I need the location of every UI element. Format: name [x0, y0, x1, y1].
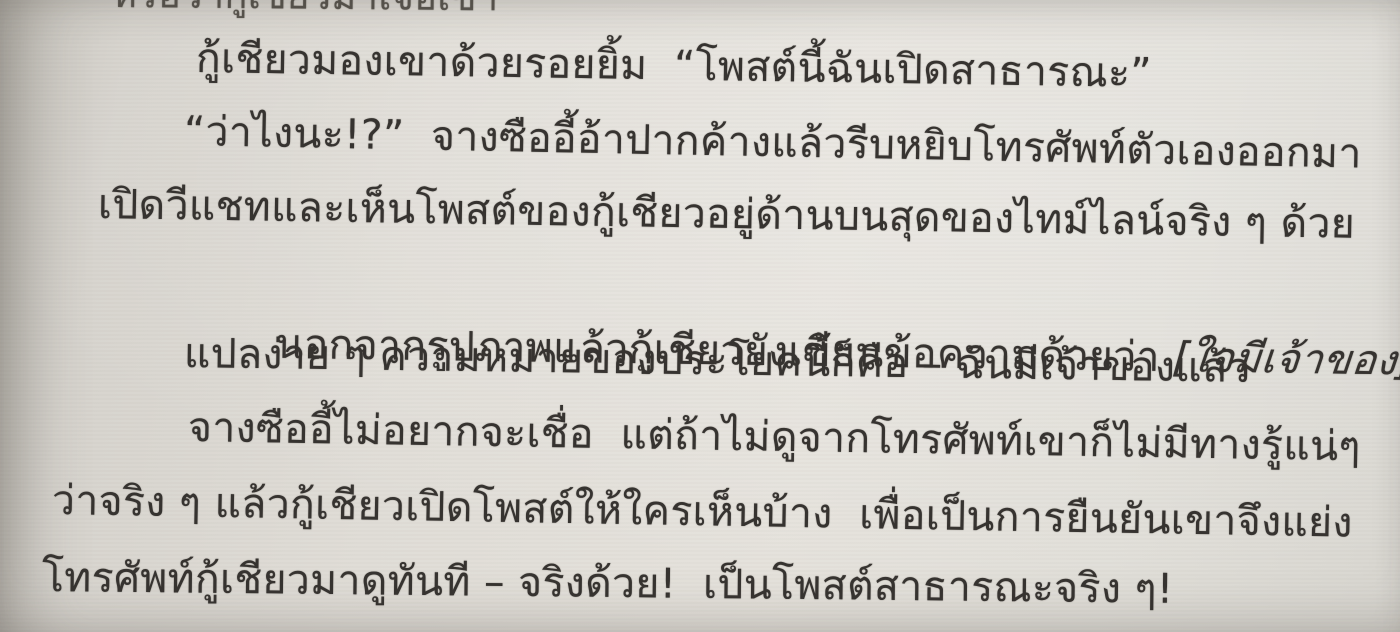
- text-line: “ว่าไงนะ!?” จางซืออี้อ้าปากค้างแล้วรีบหย…: [183, 99, 1362, 186]
- text-line: โทรศัพท์กู้เชียวมาดูทันที – จริงด้วย! เป…: [42, 545, 1174, 621]
- text-line: ว่าจริง ๆ แล้วกู้เชียวเปิดโพสต์ให้ใครเห็…: [51, 468, 1353, 555]
- text-line: เปิดวีแชทและเห็นโพสต์ของกู้เชียวอยู่ด้าน…: [97, 172, 1355, 256]
- text-line-partial-top: หรือว่ากู้เชียวมาเจอเข้า: [112, 0, 499, 29]
- book-page-photo: หรือว่ากู้เชียวมาเจอเข้า กู้เชียวมองเขาด…: [0, 0, 1400, 632]
- text-line: กู้เชียวมองเขาด้วยรอยยิ้ม “โพสต์นี้ฉันเป…: [195, 26, 1152, 105]
